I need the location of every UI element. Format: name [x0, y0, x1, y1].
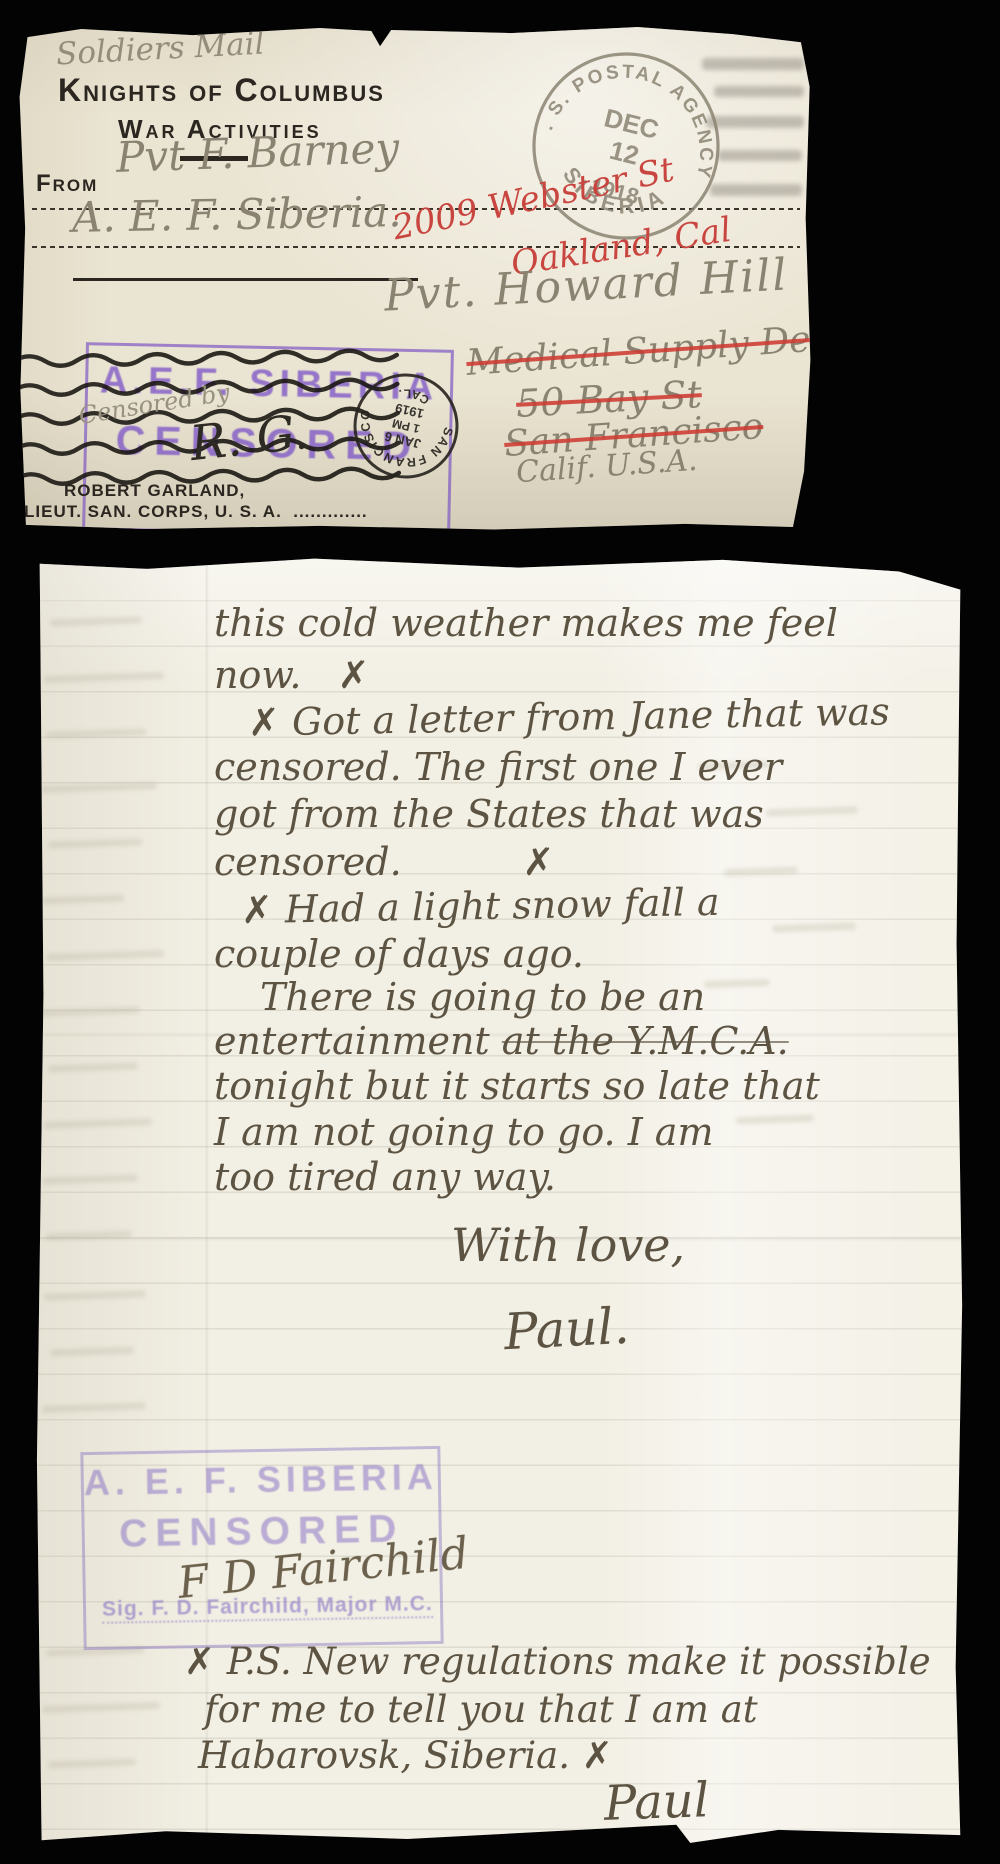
letter-line: too tired any way. [214, 1158, 556, 1196]
show-through-mark [50, 616, 142, 626]
letter-closing: With love, [451, 1222, 685, 1268]
sender-unit: A. E. F. Siberia. [72, 191, 402, 239]
show-through-mark [40, 1006, 140, 1016]
sender-name: Pvt F. Barney [115, 127, 399, 179]
show-through-mark [46, 728, 146, 738]
ps-signature: Paul [603, 1776, 710, 1828]
show-through-mark [50, 1347, 134, 1357]
show-through-mark [42, 1174, 138, 1184]
letter-line-pre: entertainment [214, 1019, 502, 1063]
recipient-line1: Pvt. Howard Hill [383, 253, 789, 318]
letter-line: now. ✗ [214, 656, 370, 694]
letter-line: tonight but it starts so late that [214, 1067, 820, 1105]
show-through-mark [704, 979, 770, 988]
letter-line: ✗ Got a letter from Jane that was [248, 692, 890, 741]
show-through-mark [724, 867, 798, 877]
recipient-line2: Medical Supply Depot [465, 318, 870, 382]
from-rule-3 [73, 278, 418, 281]
show-through-mark [48, 1758, 136, 1768]
letter-line: There is going to be an [260, 978, 705, 1016]
letter-censor-stamp-box: A. E. F. SIBERIA CENSORED F D Fairchild … [80, 1446, 443, 1650]
letter-line-struck: at the Y.M.C.A. [502, 1019, 789, 1063]
envelope: Soldiers Mail Knights of Columbus War Ac… [18, 26, 812, 532]
show-through-mark [41, 782, 157, 793]
letter-line: censored. The first one I ever [214, 748, 782, 786]
ps-line: Habarovsk, Siberia. ✗ [198, 1737, 613, 1774]
show-through-mark [48, 1062, 138, 1072]
show-through-mark [772, 923, 856, 933]
show-through-mark [44, 1290, 146, 1301]
show-through-mark [736, 1115, 814, 1125]
letter-line: got from the States that was [214, 795, 764, 833]
censor-initials-signature: R. G. [188, 408, 311, 468]
censor-signature-line: Sig. F. D. Fairchild, Major M.C. [102, 1593, 433, 1624]
letter-page: this cold weather makes me feel now. ✗ ✗… [36, 556, 964, 1848]
letter-line: couple of days ago. [214, 935, 584, 973]
letter-line: this cold weather makes me feel [214, 604, 838, 642]
censor-officer-rank: LIEUT. SAN. CORPS, U. S. A. ............… [24, 503, 368, 520]
letter-censor-line1: A. E. F. SIBERIA [84, 1459, 439, 1501]
show-through-mark [44, 1118, 152, 1129]
censor-officer-name: ROBERT GARLAND, [64, 482, 245, 499]
show-through-mark [44, 672, 164, 683]
ps-line: ✗ P.S. New regulations make it possible [184, 1643, 931, 1680]
letter-line: censored. ✗ [214, 843, 554, 881]
letter-signature: Paul. [503, 1301, 631, 1357]
show-through-mark [766, 806, 858, 816]
letter-line: ✗ Had a light snow fall a [241, 883, 720, 929]
ps-line: for me to tell you that I am at [204, 1691, 758, 1728]
soldiers-mail-annotation: Soldiers Mail [55, 29, 265, 71]
show-through-mark [42, 1702, 160, 1713]
org-name-line1: Knights of Columbus [58, 74, 385, 106]
show-through-mark [42, 1402, 146, 1413]
letter-line-with-strike: entertainment at the Y.M.C.A. [214, 1022, 789, 1060]
letter-line: I am not going to go. I am [214, 1113, 714, 1151]
show-through-mark [42, 895, 124, 905]
show-through-mark [48, 838, 142, 848]
show-through-mark [46, 950, 164, 961]
photograph-of-censored-wwi-mail: Soldiers Mail Knights of Columbus War Ac… [0, 0, 1000, 1864]
